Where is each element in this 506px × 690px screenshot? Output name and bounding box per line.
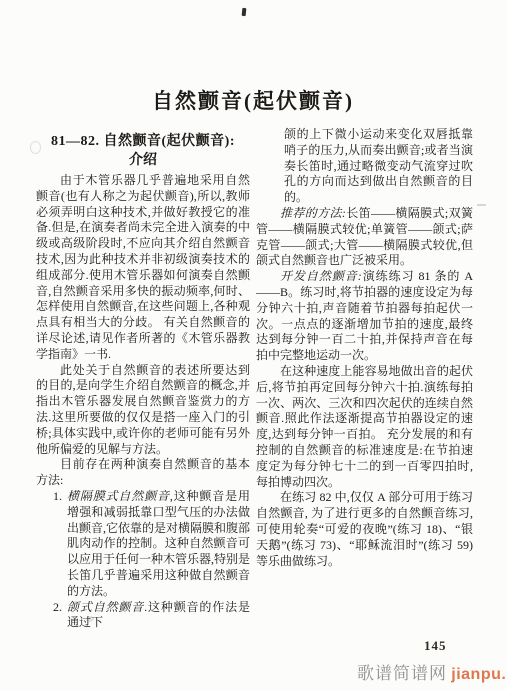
scan-speck-artifact xyxy=(242,8,247,16)
paragraph: 由于木管乐器几乎普遍地采用自然颤音(也有人称之为起伏颤音),所以,教师必须弄明白… xyxy=(36,173,250,363)
list-number: 1. xyxy=(53,489,62,505)
paragraph: 在练习 82 中,仅仅 A 部分可用于练习自然颤音, 为了进行更多的自然颤音练习… xyxy=(256,490,473,569)
list-item-term: 横隔膜式自然颤音 xyxy=(67,489,170,503)
list-item-text: ,这种颤音是用增强和减弱抵靠口型气压的办法做出颤音,它依靠的是对横隔膜和腹部肌肉… xyxy=(67,489,250,598)
section-heading: 81—82. 自然颤音(起伏颤音): xyxy=(36,132,250,151)
watermark-site-url: jianpu.cn xyxy=(451,666,506,683)
list-item-1: 1.横隔膜式自然颤音,这种颤音是用增强和减弱抵靠口型气压的办法做出颤音,它依靠的… xyxy=(36,489,250,600)
watermark: 歌谱简谱网 jianpu.cn xyxy=(357,659,506,684)
right-text-column: 颌的上下微小运动来变化双唇抵靠哨子的压力,从而奏出颤音;或者当演奏长笛时,通过略… xyxy=(256,127,473,569)
paragraph-developing-vibrato: 开发自然颤音:演练练习 81 条的 A——B。练习时,将节拍器的速度设定为每分钟… xyxy=(256,269,473,364)
left-text-column: 81—82. 自然颤音(起伏颤音): 介绍 由于木管乐器几乎普遍地采用自然颤音(… xyxy=(36,132,250,631)
paragraph-lead: 开发自然颤音: xyxy=(280,269,362,283)
scanned-book-page: 自然颤音(起伏颤音) 81—82. 自然颤音(起伏颤音): 介绍 由于木管乐器几… xyxy=(0,0,506,690)
list-item-2: 2.颌式自然颤音.这种颤音的作法是通过下 xyxy=(36,600,250,632)
page-title: 自然颤音(起伏颤音) xyxy=(0,85,506,115)
scan-smudge xyxy=(477,204,486,206)
paragraph: 此处关于自然颤音的表述所要达到的目的,是向学生介绍自然颤音的概念,并指出木管乐器… xyxy=(36,363,250,458)
list-intro: 目前存在两种演奏自然颤音的基本方法: xyxy=(36,457,250,489)
list-number: 2. xyxy=(53,600,62,616)
page-number: 145 xyxy=(424,638,447,654)
section-subheading: 介绍 xyxy=(36,151,250,170)
paragraph-recommended-methods: 推荐的方法:长笛——横隔膜式;双簧管——横隔膜式较优;单簧管——颌式;萨克管——… xyxy=(256,206,473,269)
watermark-site-name: 歌谱简谱网 xyxy=(357,664,447,683)
paragraph: 在这种速度上能容易地做出音的起伏后,将节拍再定回每分钟六十拍.演练每拍一次、两次… xyxy=(256,364,473,490)
paragraph-lead: 推荐的方法: xyxy=(280,206,346,220)
list-item-2-continuation: 颌的上下微小运动来变化双唇抵靠哨子的压力,从而奏出颤音;或者当演奏长笛时,通过略… xyxy=(284,127,473,206)
list-item-term: 颌式自然颤音 xyxy=(67,600,144,614)
